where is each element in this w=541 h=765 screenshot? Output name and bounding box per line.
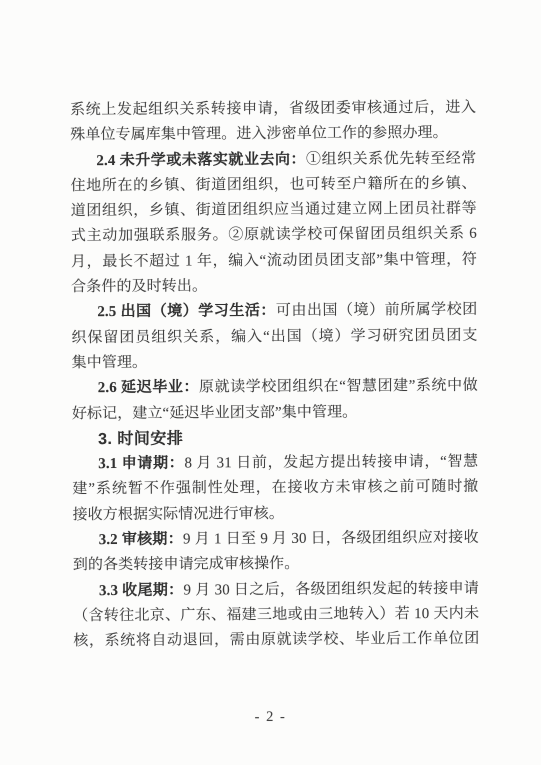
text-line: 道团组织，乡镇、街道团组织应当通过建立网上团员社群等方 bbox=[71, 197, 477, 225]
text-segment: 殊单位专属库集中管理。进入涉密单位工作的参照办理。 bbox=[70, 125, 448, 143]
text-line: 殊单位专属库集中管理。进入涉密单位工作的参照办理。 bbox=[70, 121, 476, 149]
paragraph: 2.4 未升学或未落实就业去向：①组织关系优先转至经常居住地所在的乡镇、街道团组… bbox=[70, 146, 477, 300]
text-line: 好标记，建立“延迟毕业团支部”集中管理。 bbox=[72, 399, 478, 427]
text-line: 2.4 未升学或未落实就业去向：①组织关系优先转至经常居 bbox=[70, 146, 476, 174]
section-label: 2.4 未升学或未落实就业去向： bbox=[96, 151, 306, 168]
text-segment: 系统上发起组织关系转接申请，省级团委审核通过后，进入特 bbox=[70, 100, 476, 124]
text-segment: 接收方根据实际情况进行审核。 bbox=[73, 506, 285, 523]
text-segment: 好标记，建立“延迟毕业团支部”集中管理。 bbox=[72, 404, 357, 422]
text-line: 系统上发起组织关系转接申请，省级团委审核通过后，进入特 bbox=[70, 96, 476, 124]
document-body: 系统上发起组织关系转接申请，省级团委审核通过后，进入特殊单位专属库集中管理。进入… bbox=[70, 96, 479, 655]
text-line: 2.5 出国（境）学习生活：可由出国（境）前所属学校团组 bbox=[71, 298, 477, 326]
text-segment: （含转往北京、广东、福建三地或由三地转入）若 10 天内未审 bbox=[73, 606, 479, 630]
text-line: 建”系统暂不作强制性处理，在接收方未审核之前可随时撤销， bbox=[72, 475, 478, 503]
section-label: 2.6 延迟毕业： bbox=[98, 380, 199, 397]
paragraph: 3.3 收尾期：9 月 30 日之后，各级团组织发起的转接申请（含转往北京、广东… bbox=[73, 576, 479, 654]
paragraph: 3.2 审核期：9 月 1 日至 9 月 30 日，各级团组织应对接收到的各类转… bbox=[73, 526, 479, 579]
text-line: 式主动加强联系服务。②原就读学校可保留团员组织关系 6 个 bbox=[71, 222, 477, 250]
text-line: 3.1 申请期：8 月 31 日前，发起方提出转接申请，“智慧团 bbox=[72, 450, 478, 478]
section-label: 3.1 申请期： bbox=[98, 456, 184, 473]
text-line: 接收方根据实际情况进行审核。 bbox=[72, 501, 478, 529]
text-segment: 合条件的及时转出。 bbox=[71, 278, 207, 295]
text-segment: 9 月 30 日之后，各级团组织发起的转接申请 bbox=[183, 580, 479, 598]
text-line: 住地所在的乡镇、街道团组织，也可转至户籍所在的乡镇、街 bbox=[70, 172, 476, 200]
text-line: 合条件的及时转出。 bbox=[71, 273, 477, 301]
text-segment: 9 月 1 日至 9 月 30 日，各级团组织应对接收 bbox=[183, 530, 479, 548]
text-line: 3. 时间安排 bbox=[72, 425, 478, 453]
text-segment: 核，系统将自动退回，需由原就读学校、毕业后工作单位团组 bbox=[73, 631, 479, 655]
text-line: 织保留团员组织关系，编入“出国（境）学习研究团员团支部” bbox=[71, 323, 477, 351]
text-segment: 原就读学校团组织在“智慧团建”系统中做 bbox=[199, 378, 478, 396]
section-label: 3. 时间安排 bbox=[98, 430, 183, 448]
text-line: 到的各类转接申请完成审核操作。 bbox=[73, 551, 479, 579]
section-heading: 3. 时间安排 bbox=[72, 425, 478, 453]
text-segment: 道团组织，乡镇、街道团组织应当通过建立网上团员社群等方 bbox=[71, 201, 477, 225]
section-label: 2.5 出国（境）学习生活： bbox=[97, 303, 276, 320]
paragraph: 2.5 出国（境）学习生活：可由出国（境）前所属学校团组织保留团员组织关系，编入… bbox=[71, 298, 477, 376]
text-line: 3.2 审核期：9 月 1 日至 9 月 30 日，各级团组织应对接收 bbox=[73, 526, 479, 554]
paragraph: 系统上发起组织关系转接申请，省级团委审核通过后，进入特殊单位专属库集中管理。进入… bbox=[70, 96, 476, 149]
paragraph: 3.1 申请期：8 月 31 日前，发起方提出转接申请，“智慧团建”系统暂不作强… bbox=[72, 450, 478, 528]
text-line: 月，最长不超过 1 年，编入“流动团员团支部”集中管理，符 bbox=[71, 248, 477, 276]
text-line: 核，系统将自动退回，需由原就读学校、毕业后工作单位团组 bbox=[73, 627, 479, 655]
text-line: 集中管理。 bbox=[72, 349, 478, 377]
document-page: 系统上发起组织关系转接申请，省级团委审核通过后，进入特殊单位专属库集中管理。进入… bbox=[0, 0, 541, 765]
text-segment: 到的各类转接申请完成审核操作。 bbox=[73, 556, 300, 573]
page-number: - 2 - bbox=[0, 707, 541, 727]
text-line: 3.3 收尾期：9 月 30 日之后，各级团组织发起的转接申请 bbox=[73, 576, 479, 604]
text-segment: 式主动加强联系服务。②原就读学校可保留团员组织关系 6 个 bbox=[71, 226, 477, 250]
text-line: （含转往北京、广东、福建三地或由三地转入）若 10 天内未审 bbox=[73, 602, 479, 630]
text-line: 2.6 延迟毕业：原就读学校团组织在“智慧团建”系统中做 bbox=[72, 374, 478, 402]
text-segment: 织保留团员组织关系，编入“出国（境）学习研究团员团支部” bbox=[71, 327, 477, 351]
paragraph: 2.6 延迟毕业：原就读学校团组织在“智慧团建”系统中做好标记，建立“延迟毕业团… bbox=[72, 374, 478, 427]
text-segment: 集中管理。 bbox=[72, 355, 148, 371]
section-label: 3.2 审核期： bbox=[99, 532, 183, 549]
section-label: 3.3 收尾期： bbox=[99, 582, 184, 599]
text-segment: 建”系统暂不作强制性处理，在接收方未审核之前可随时撤销， bbox=[72, 479, 478, 503]
text-segment: 住地所在的乡镇、街道团组织，也可转至户籍所在的乡镇、街 bbox=[70, 176, 476, 200]
text-segment: 月，最长不超过 1 年，编入“流动团员团支部”集中管理，符 bbox=[71, 252, 477, 270]
